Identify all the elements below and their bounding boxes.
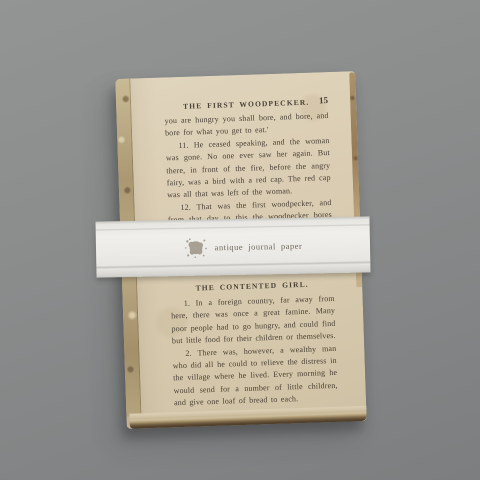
band-label: antique journal paper: [215, 241, 303, 253]
section-heading: THE CONTENTED GIRL.: [170, 279, 334, 293]
page-text-lower: 1. In a foreign country, far away from h…: [171, 293, 339, 410]
paragraph: 1. In a foreign country, far away from h…: [171, 293, 337, 348]
photo-backdrop: THE FIRST WOODPECKER. 15 you are hungry …: [0, 0, 480, 480]
ink-blot-icon: [183, 236, 207, 258]
paragraph: 11. He ceased speaking, and the woman wa…: [165, 135, 331, 202]
page-stack-bottom-edge: [129, 406, 366, 429]
paragraph: 2. There was, however, a wealthy man who…: [172, 343, 338, 410]
paper-wrap-band: antique journal paper: [95, 216, 370, 277]
page-number: 15: [319, 95, 328, 105]
running-header: THE FIRST WOODPECKER.: [164, 97, 328, 111]
band-content: antique journal paper: [95, 216, 370, 277]
